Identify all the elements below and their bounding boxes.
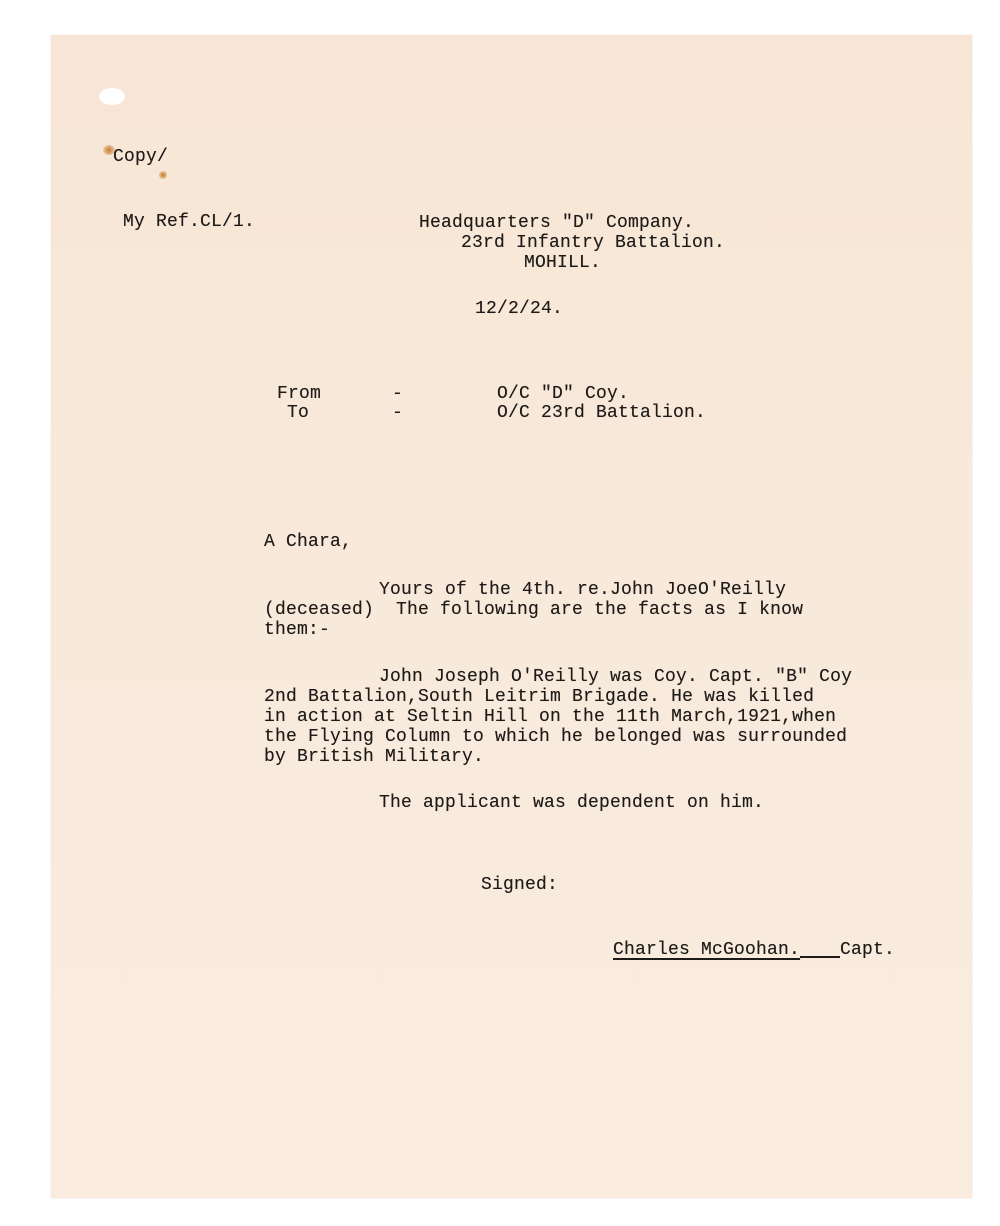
signature-rank: Capt.	[840, 940, 895, 960]
paragraph-2-line-5: by British Military.	[264, 747, 484, 767]
to-dash: -	[392, 403, 403, 423]
signed-label: Signed:	[481, 875, 558, 895]
signature-block: Charles McGoohan.Capt.	[569, 920, 895, 980]
document-page: Copy/ My Ref.CL/1. Headquarters "D" Comp…	[51, 35, 972, 1198]
paragraph-1-line-3: them:-	[264, 620, 330, 640]
paragraph-1-line-1: Yours of the 4th. re.John JoeO'Reilly	[379, 580, 786, 600]
rust-stain	[159, 171, 167, 179]
letterhead-line-3: MOHILL.	[524, 253, 601, 273]
to-value: O/C 23rd Battalion.	[497, 403, 706, 423]
paragraph-2-line-2: 2nd Battalion,South Leitrim Brigade. He …	[264, 687, 814, 707]
from-label: From	[277, 384, 321, 404]
salutation: A Chara,	[264, 532, 352, 552]
from-dash: -	[392, 384, 403, 404]
copy-mark: Copy/	[113, 147, 168, 167]
paragraph-2-line-1: John Joseph O'Reilly was Coy. Capt. "B" …	[379, 667, 852, 687]
paragraph-3: The applicant was dependent on him.	[379, 793, 764, 813]
to-label: To	[287, 403, 309, 423]
reference-number: My Ref.CL/1.	[123, 212, 255, 232]
paragraph-1-line-2: (deceased) The following are the facts a…	[264, 600, 803, 620]
signature-name: Charles McGoohan.	[613, 940, 800, 960]
paragraph-2-line-4: the Flying Column to which he belonged w…	[264, 727, 847, 747]
letterhead-line-1: Headquarters "D" Company.	[419, 213, 694, 233]
paragraph-2-line-3: in action at Seltin Hill on the 11th Mar…	[264, 707, 836, 727]
punch-hole	[99, 88, 125, 105]
signature-underline	[800, 956, 840, 958]
from-value: O/C "D" Coy.	[497, 384, 629, 404]
letterhead-line-2: 23rd Infantry Battalion.	[461, 233, 725, 253]
letter-date: 12/2/24.	[475, 299, 563, 319]
